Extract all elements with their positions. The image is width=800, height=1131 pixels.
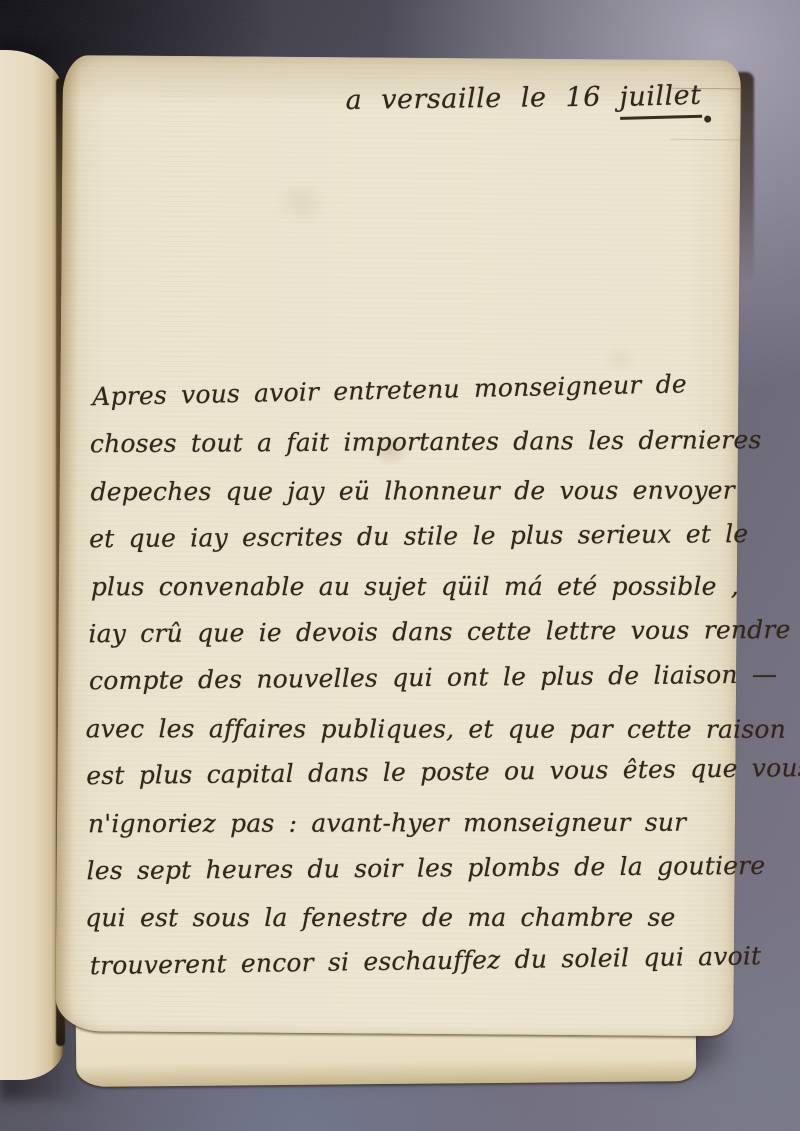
body-line: iay crû que ie devois dans cette lettre … <box>88 606 718 657</box>
left-page-sliver <box>0 50 64 1080</box>
manuscript-page: a versaille le 16 juillet Apres vous avo… <box>55 55 741 1036</box>
body-line: choses tout a fait importantes dans les … <box>90 417 720 468</box>
body-line: les sept heures du soir les plombs de la… <box>86 842 716 894</box>
body-line: Apres vous avoir entretenu monseigneur d… <box>92 360 721 421</box>
body-line: est plus capital dans le poste ou vous ê… <box>86 745 717 800</box>
body-line: et que iay escrites du stile le plus ser… <box>89 510 719 562</box>
letter-body: Apres vous avoir entretenu monseigneur d… <box>86 373 721 994</box>
photograph-of-manuscript: a versaille le 16 juillet Apres vous avo… <box>0 0 800 1131</box>
dateline: a versaille le 16 juillet <box>345 80 702 123</box>
body-line: depeches que jay eü lhonneur de vous env… <box>91 466 720 515</box>
dateline-place-date: a versaille le 16 <box>345 81 620 116</box>
body-line: plus convenable au sujet qüil má eté pos… <box>91 562 719 610</box>
body-line: compte des nouvelles qui ont le plus de … <box>89 652 718 705</box>
body-line: n'ignoriez pas : avant-hyer monseigneur … <box>88 798 717 847</box>
pencil-frame-mark <box>670 88 741 141</box>
body-line: trouverent encor si eschauffez du soleil… <box>89 933 716 990</box>
